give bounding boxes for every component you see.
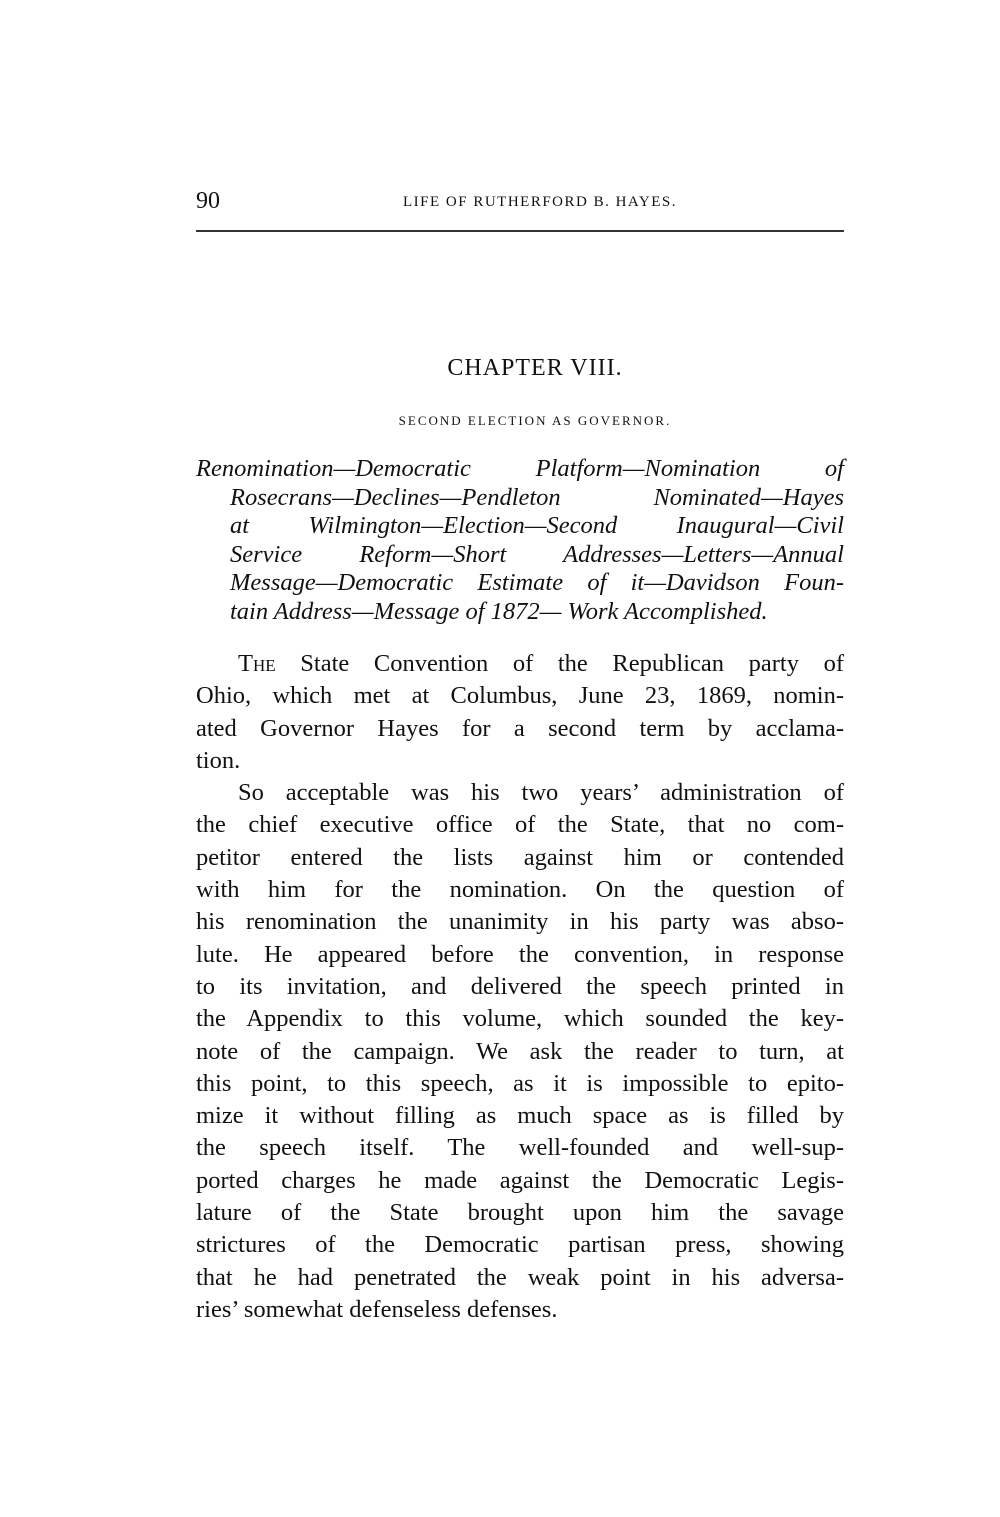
paragraph-1-line: The State Convention of the Republican p… bbox=[196, 648, 844, 680]
paragraph-2-line: that he had penetrated the weak point in… bbox=[196, 1262, 844, 1294]
paragraph-2-line: this point, to this speech, as it is imp… bbox=[196, 1068, 844, 1100]
header-rule bbox=[196, 230, 844, 232]
running-head: 90 LIFE OF RUTHERFORD B. HAYES. bbox=[196, 186, 844, 216]
paragraph-2-line: the chief executive office of the State,… bbox=[196, 809, 844, 841]
chapter-synopsis: Renomination—Democratic Platform—Nominat… bbox=[196, 455, 844, 626]
running-title: LIFE OF RUTHERFORD B. HAYES. bbox=[196, 190, 844, 214]
paragraph-1-line: ated Governor Hayes for a second term by… bbox=[196, 713, 844, 745]
paragraph-1-line: Ohio, which met at Columbus, June 23, 18… bbox=[196, 680, 844, 712]
paragraph-lead-small-caps: The bbox=[238, 650, 276, 677]
paragraph-1-line-text: State Convention of the Republican party… bbox=[276, 650, 844, 677]
synopsis-line: at Wilmington—Election—Second Inaugural—… bbox=[196, 512, 844, 541]
synopsis-line: Rosecrans—Declines—Pendleton Nominated—H… bbox=[196, 484, 844, 513]
body-text: The State Convention of the Republican p… bbox=[196, 648, 844, 1326]
paragraph-2-line: to its invitation, and delivered the spe… bbox=[196, 971, 844, 1003]
paragraph-2-line: mize it without filling as much space as… bbox=[196, 1100, 844, 1132]
paragraph-1-line: tion. bbox=[196, 745, 844, 777]
synopsis-line: Renomination—Democratic Platform—Nominat… bbox=[196, 455, 844, 484]
paragraph-2-line: the speech itself. The well-founded and … bbox=[196, 1132, 844, 1164]
paragraph-2-line: petitor entered the lists against him or… bbox=[196, 842, 844, 874]
paragraph-2-line: So acceptable was his two years’ adminis… bbox=[196, 777, 844, 809]
synopsis-line: Message—Democratic Estimate of it—Davids… bbox=[196, 569, 844, 598]
paragraph-2-line: lute. He appeared before the convention,… bbox=[196, 939, 844, 971]
paragraph-2-line: with him for the nomination. On the ques… bbox=[196, 874, 844, 906]
paragraph-2-line: ries’ somewhat defenseless defenses. bbox=[196, 1294, 844, 1326]
paragraph-2-line: his renomination the unanimity in his pa… bbox=[196, 906, 844, 938]
paragraph-2-line: lature of the State brought upon him the… bbox=[196, 1197, 844, 1229]
paragraph-2-line: ported charges he made against the Democ… bbox=[196, 1165, 844, 1197]
synopsis-line: tain Address—Message of 1872— Work Accom… bbox=[196, 598, 844, 627]
chapter-subtitle: SECOND ELECTION AS GOVERNOR. bbox=[196, 411, 844, 431]
paragraph-2-line: note of the campaign. We ask the reader … bbox=[196, 1036, 844, 1068]
paragraph-2-line: the Appendix to this volume, which sound… bbox=[196, 1003, 844, 1035]
paragraph-2-line: strictures of the Democratic partisan pr… bbox=[196, 1229, 844, 1261]
chapter-title: CHAPTER VIII. bbox=[196, 352, 844, 384]
synopsis-line: Service Reform—Short Addresses—Letters—A… bbox=[196, 541, 844, 570]
